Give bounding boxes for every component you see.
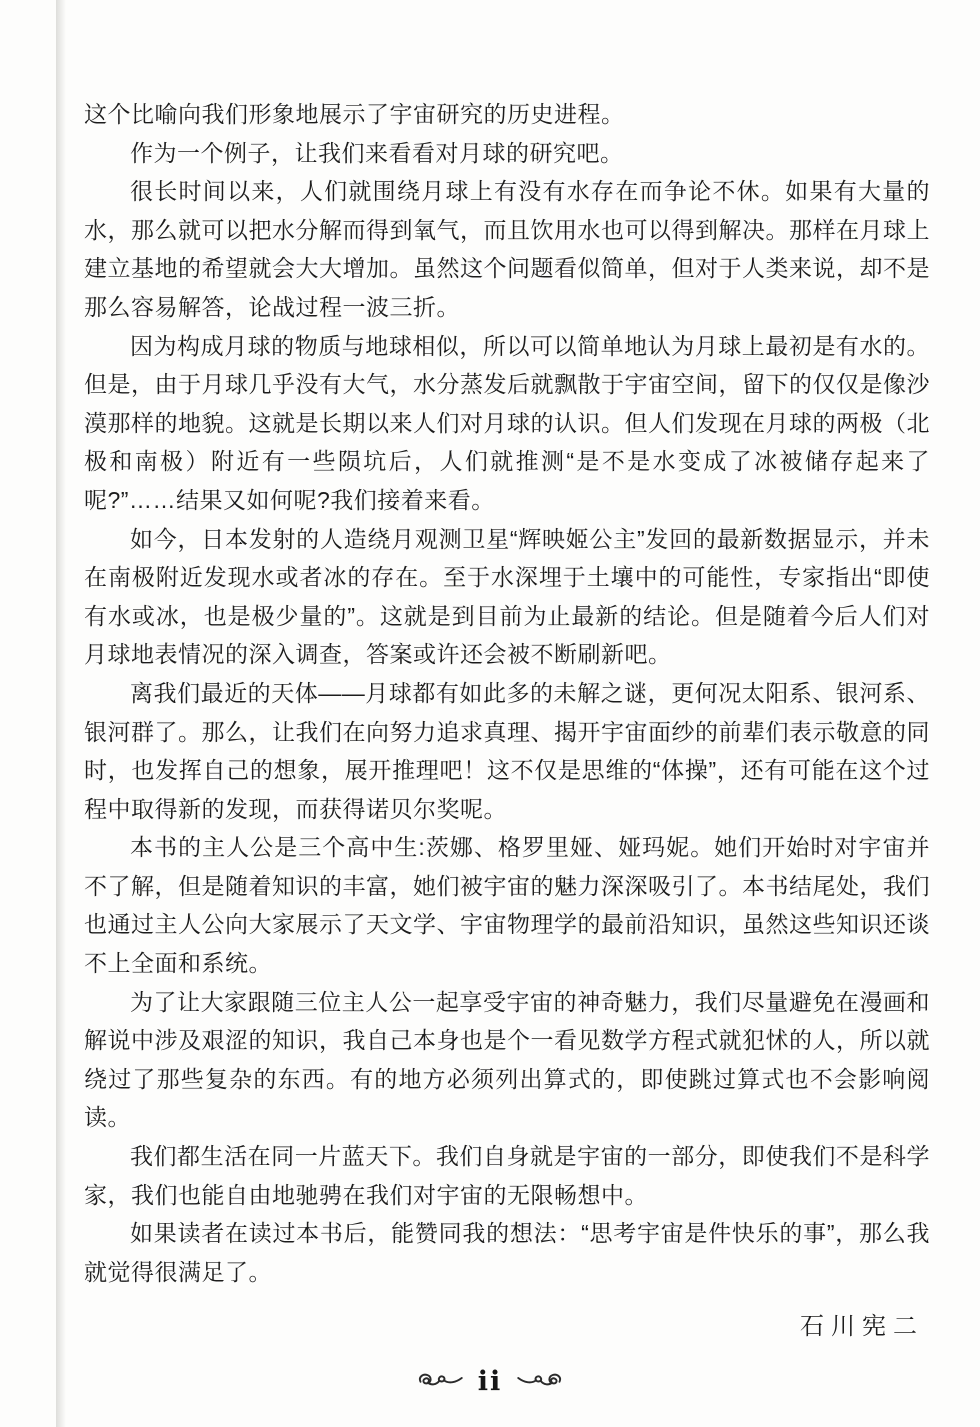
body-paragraph: 如今，日本发射的人造绕月观测卫星“辉映姬公主”发回的最新数据显示，并未在南极附近…	[84, 520, 930, 674]
page-number: ii	[478, 1368, 503, 1395]
book-page: { "content": { "paragraphs": [ { "text":…	[0, 0, 980, 1427]
body-paragraph: 很长时间以来，人们就围绕月球上有没有水存在而争论不休。如果有大量的水，那么就可以…	[84, 172, 930, 326]
body-paragraph: 如果读者在读过本书后，能赞同我的想法：“思考宇宙是件快乐的事”，那么我就觉得很满…	[84, 1214, 930, 1291]
author-signature: 石川宪二	[84, 1307, 930, 1346]
page-footer: ii	[0, 1358, 980, 1404]
swirl-flourish-right-icon	[516, 1371, 564, 1391]
body-paragraph: 作为一个例子，让我们来看看对月球的研究吧。	[84, 134, 930, 173]
body-paragraph: 我们都生活在同一片蓝天下。我们自身就是宇宙的一部分，即使我们不是科学家，我们也能…	[84, 1137, 930, 1214]
body-paragraph: 离我们最近的天体——月球都有如此多的未解之谜，更何况太阳系、银河系、银河群了。那…	[84, 674, 930, 828]
page-text-block: 这个比喻向我们形象地展示了宇宙研究的历史进程。 作为一个例子，让我们来看看对月球…	[84, 95, 930, 1346]
swirl-flourish-left-icon	[416, 1371, 464, 1391]
body-paragraph: 为了让大家跟随三位主人公一起享受宇宙的神奇魅力，我们尽量避免在漫画和解说中涉及艰…	[84, 983, 930, 1137]
body-paragraph: 因为构成月球的物质与地球相似，所以可以简单地认为月球上最初是有水的。但是，由于月…	[84, 327, 930, 520]
body-paragraph: 本书的主人公是三个高中生:茨娜、格罗里娅、娅玛妮。她们开始时对宇宙并不了解，但是…	[84, 828, 930, 982]
scan-gutter-strip	[0, 0, 56, 1427]
body-paragraph: 这个比喻向我们形象地展示了宇宙研究的历史进程。	[84, 95, 930, 134]
scan-gutter-fade	[56, 0, 66, 1427]
